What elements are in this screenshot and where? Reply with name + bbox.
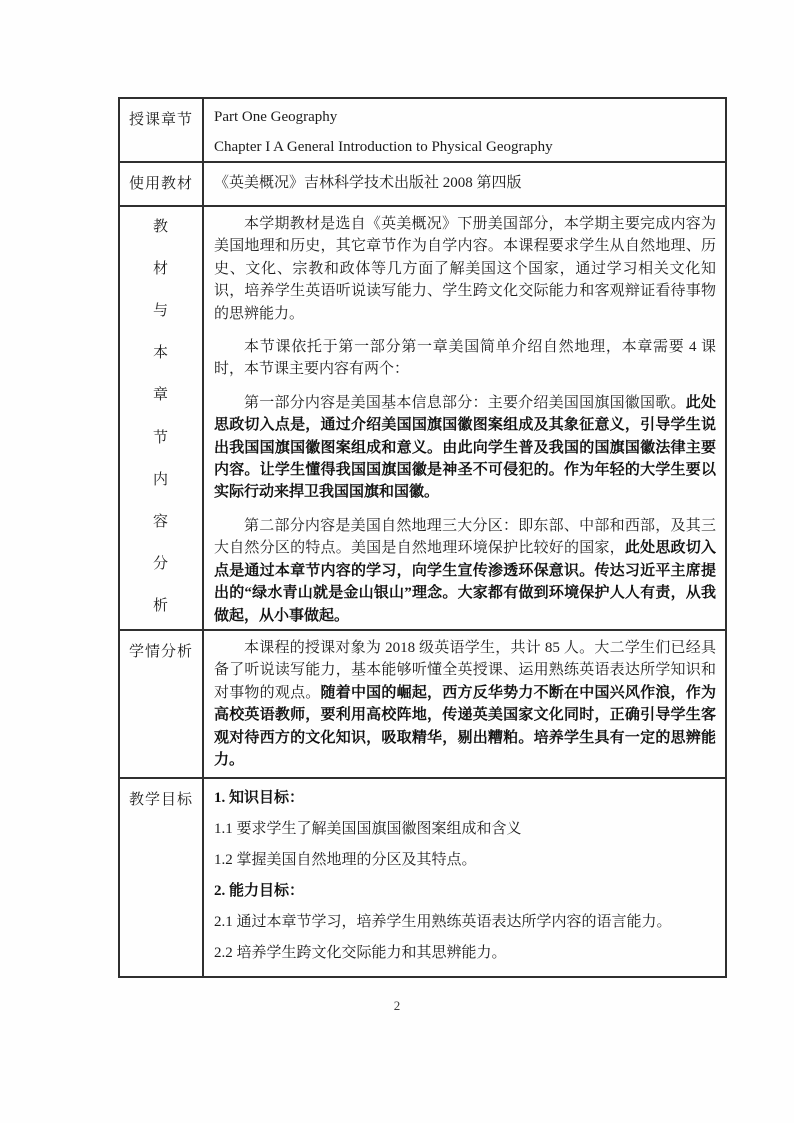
chapter-row-label: 授课章节 bbox=[120, 99, 204, 161]
analysis-row-content: 本学期教材是选自《英美概况》下册美国部分，本学期主要完成内容为美国地理和历史，其… bbox=[204, 207, 725, 629]
row-textbook: 使用教材 《英美概况》吉林科学技术出版社 2008 第四版 bbox=[120, 163, 725, 207]
paragraph-normal-text: 本节课依托于第一部分第一章美国简单介绍自然地理，本章需要 4 课时，本节课主要内… bbox=[214, 339, 716, 377]
objective-heading-ability: 2. 能力目标： bbox=[214, 880, 716, 902]
student-analysis-row-label: 学情分析 bbox=[120, 631, 204, 777]
textbook-row-label: 使用教材 bbox=[120, 163, 204, 205]
paragraph-normal-text: 本学期教材是选自《英美概况》下册美国部分，本学期主要完成内容为美国地理和历史，其… bbox=[214, 216, 716, 322]
row-analysis: 教材与本章节内容分析 本学期教材是选自《英美概况》下册美国部分，本学期主要完成内… bbox=[120, 207, 725, 631]
analysis-paragraph-2: 本节课依托于第一部分第一章美国简单介绍自然地理，本章需要 4 课时，本节课主要内… bbox=[214, 336, 716, 381]
objectives-row-content: 1. 知识目标： 1.1 要求学生了解美国国旗国徽图案组成和含义 1.2 掌握美… bbox=[204, 779, 725, 976]
lesson-plan-page: 授课章节 Part One Geography Chapter I A Gene… bbox=[0, 0, 794, 1123]
objective-item-2-1: 2.1 通过本章节学习，培养学生用熟练英语表达所学内容的语言能力。 bbox=[214, 911, 716, 933]
row-student-analysis: 学情分析 本课程的授课对象为 2018 级英语学生，共计 85 人。大二学生们已… bbox=[120, 631, 725, 779]
textbook-value: 《英美概况》吉林科学技术出版社 2008 第四版 bbox=[214, 175, 522, 191]
chapter-title: Chapter I A General Introduction to Phys… bbox=[214, 137, 716, 158]
analysis-paragraph-1: 本学期教材是选自《英美概况》下册美国部分，本学期主要完成内容为美国地理和历史，其… bbox=[214, 213, 716, 325]
analysis-paragraph-4: 第二部分内容是美国自然地理三大分区：即东部、中部和西部，及其三大自然分区的特点。… bbox=[214, 515, 716, 627]
analysis-paragraph-3: 第一部分内容是美国基本信息部分：主要介绍美国国旗国徽国歌。此处思政切入点是，通过… bbox=[214, 392, 716, 504]
row-teaching-objectives: 教学目标 1. 知识目标： 1.1 要求学生了解美国国旗国徽图案组成和含义 1.… bbox=[120, 779, 725, 976]
page-number: 2 bbox=[0, 998, 794, 1014]
student-analysis-paragraph: 本课程的授课对象为 2018 级英语学生，共计 85 人。大二学生们已经具备了听… bbox=[214, 637, 716, 771]
chapter-part-title: Part One Geography bbox=[214, 107, 716, 128]
paragraph-normal-text: 第一部分内容是美国基本信息部分：主要介绍美国国旗国徽国歌。 bbox=[244, 395, 686, 411]
chapter-row-content: Part One Geography Chapter I A General I… bbox=[204, 99, 725, 161]
textbook-row-content: 《英美概况》吉林科学技术出版社 2008 第四版 bbox=[204, 163, 725, 205]
lesson-plan-table: 授课章节 Part One Geography Chapter I A Gene… bbox=[118, 97, 727, 978]
objectives-row-label: 教学目标 bbox=[120, 779, 204, 976]
student-analysis-row-content: 本课程的授课对象为 2018 级英语学生，共计 85 人。大二学生们已经具备了听… bbox=[204, 631, 725, 777]
analysis-row-label: 教材与本章节内容分析 bbox=[120, 207, 204, 629]
objective-item-1-1: 1.1 要求学生了解美国国旗国徽图案组成和含义 bbox=[214, 818, 716, 840]
objective-heading-knowledge: 1. 知识目标： bbox=[214, 787, 716, 809]
objective-item-1-2: 1.2 掌握美国自然地理的分区及其特点。 bbox=[214, 849, 716, 871]
row-chapter: 授课章节 Part One Geography Chapter I A Gene… bbox=[120, 99, 725, 163]
objective-item-2-2: 2.2 培养学生跨文化交际能力和其思辨能力。 bbox=[214, 942, 716, 964]
